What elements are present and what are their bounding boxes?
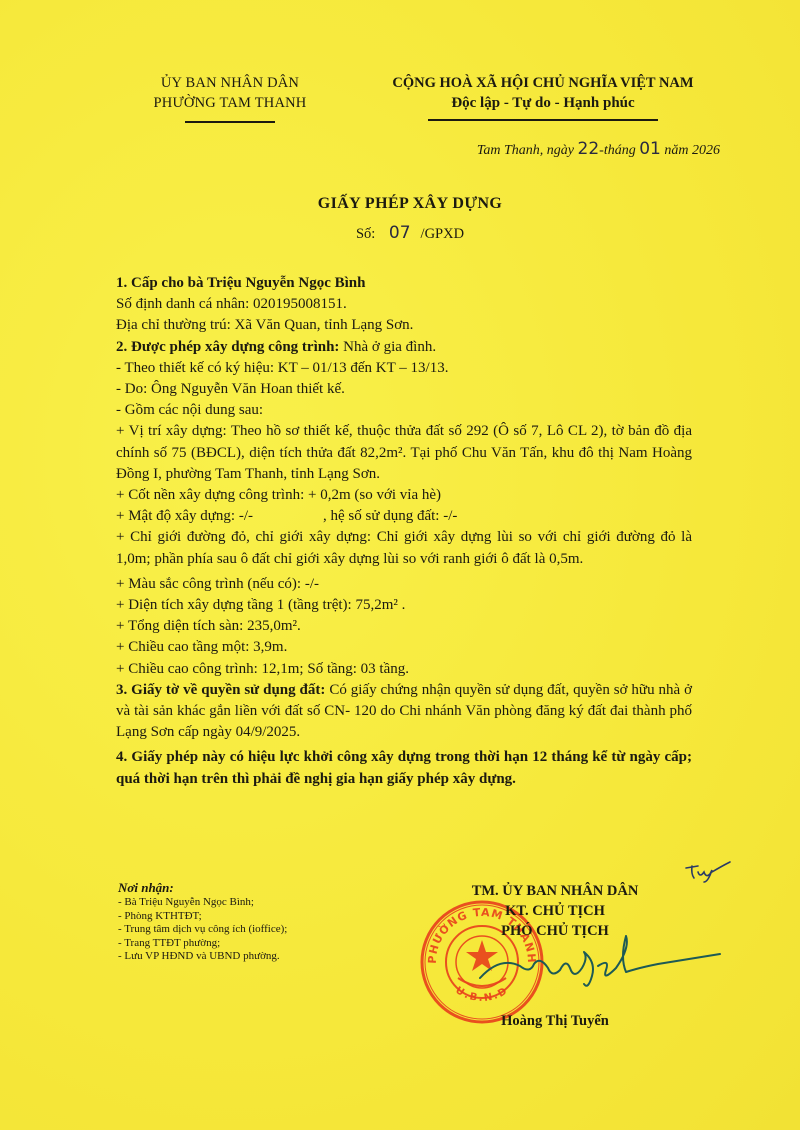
density-line: + Mật độ xây dựng: -/-, hệ số sử dụng đấ… [116,506,692,527]
handwritten-signature [470,928,730,998]
signature-on-behalf: KT. CHỦ TỊCH [440,901,670,921]
recipient-item: - Trung tâm dịch vụ công ích (ioffice); [118,923,408,936]
building-density: + Mật độ xây dựng: -/- [116,508,253,524]
personal-id: Số định danh cá nhân: 020195008151. [116,294,692,315]
building-height: + Chiều cao công trình: 12,1m; Số tầng: … [116,659,692,680]
date-year: năm 2026 [664,143,720,158]
section-2-title: 2. Được phép xây dựng công trình: [116,339,339,355]
permanent-address: Địa chỉ thường trú: Xã Văn Quan, tỉnh Lạ… [116,315,692,336]
date-prefix: Tam Thanh, ngày [477,143,574,158]
issue-date: Tam Thanh, ngày 22-tháng 01 năm 2026 [400,139,720,159]
authority-line-2: PHƯỜNG TAM THANH [110,93,350,113]
authority-underline [185,121,275,123]
construction-location: + Vị trí xây dựng: Theo hồ sơ thiết kế, … [116,421,692,485]
motto-underline [428,119,658,121]
design-code: - Theo thiết kế có ký hiệu: KT – 01/13 đ… [116,358,692,379]
total-floor-area: + Tổng diện tích sàn: 235,0m². [116,616,692,637]
designer: - Do: Ông Nguyễn Văn Hoan thiết kế. [116,379,692,400]
foundation-level: + Cốt nền xây dựng công trình: + 0,2m (s… [116,485,692,506]
section-1-heading: 1. Cấp cho bà Triệu Nguyễn Ngọc Bình [116,273,692,294]
authority-line-1: ỦY BAN NHÂN DÂN [110,73,350,93]
document-number: Số: 07/GPXD [200,223,620,243]
document-title: GIẤY PHÉP XÂY DỰNG [200,195,620,213]
signer-name: Hoàng Thị Tuyến [440,1013,670,1030]
date-month-label: -tháng [599,143,636,158]
recipient-item: - Phòng KTHTĐT; [118,910,408,923]
ground-floor-area: + Diện tích xây dựng tầng 1 (tầng trệt):… [116,595,692,616]
boundary-setback: + Chỉ giới đường đỏ, chỉ giới xây dựng: … [116,527,692,569]
recipient-item: - Trang TTĐT phường; [118,937,408,950]
section-3: 3. Giấy tờ về quyền sử dụng đất: Có giấy… [116,680,692,744]
recipients-list: Nơi nhận: - Bà Triệu Nguyễn Ngọc Bình; -… [118,881,408,963]
date-day: 22 [578,139,600,159]
national-motto: Độc lập - Tự do - Hạnh phúc [368,93,718,113]
permit-body: 1. Cấp cho bà Triệu Nguyễn Ngọc Bình Số … [116,273,692,790]
date-month: 01 [639,139,661,159]
section-2-heading: 2. Được phép xây dựng công trình: Nhà ở … [116,337,692,358]
section-4-validity: 4. Giấy phép này có hiệu lực khởi công x… [116,747,692,789]
construction-type: Nhà ở gia đình. [339,339,436,355]
section-3-heading: 3. Giấy tờ về quyền sử dụng đất: [116,682,325,698]
issuing-authority: ỦY BAN NHÂN DÂN PHƯỜNG TAM THANH [110,73,350,123]
recipient-item: - Lưu VP HĐND và UBND phường. [118,950,408,963]
number-label: Số: [356,226,375,242]
building-color: + Màu sắc công trình (nếu có): -/- [116,574,692,595]
recipient-item: - Bà Triệu Nguyễn Ngọc Bình; [118,896,408,909]
includes-label: - Gồm các nội dung sau: [116,400,692,421]
national-header: CỘNG HOÀ XÃ HỘI CHỦ NGHĨA VIỆT NAM Độc l… [368,73,718,121]
number-suffix: /GPXD [421,226,465,242]
recipients-heading: Nơi nhận: [118,881,408,894]
signature-authority: TM. ỦY BAN NHÂN DÂN [440,881,670,901]
country-name: CỘNG HOÀ XÃ HỘI CHỦ NGHĨA VIỆT NAM [368,73,718,93]
first-floor-height: + Chiều cao tầng một: 3,9m. [116,637,692,658]
land-use-coefficient: , hệ số sử dụng đất: -/- [323,508,457,524]
initial-mark [682,860,732,884]
number-value: 07 [389,223,411,243]
